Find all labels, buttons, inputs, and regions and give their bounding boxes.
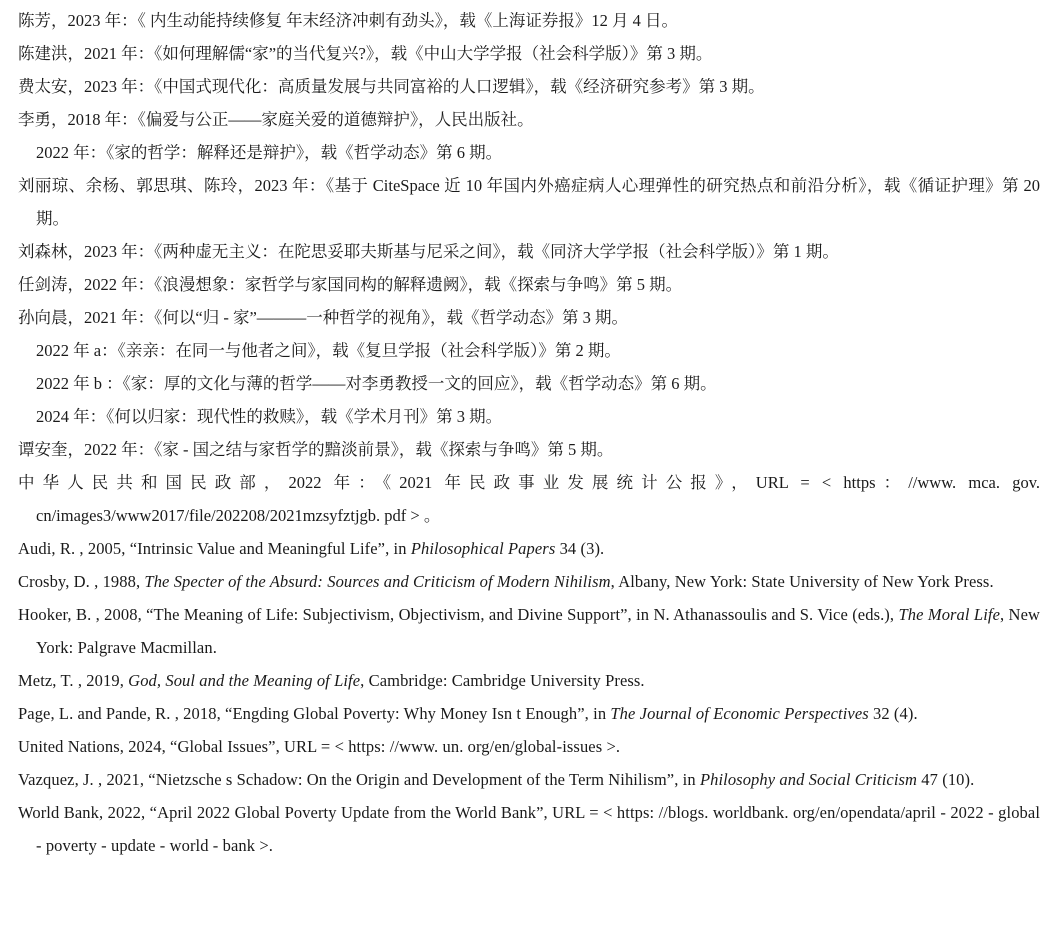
- reference-text: 刘森林，2023 年：《两种虚无主义：在陀思妥耶夫斯基与尼采之间》，载《同济大学…: [18, 242, 839, 261]
- reference-entry: Crosby, D. , 1988, The Specter of the Ab…: [18, 565, 1040, 598]
- reference-entry: Vazquez, J. , 2021, “Nietzsche s Schadow…: [18, 763, 1040, 796]
- reference-text: 任剑涛，2022 年：《浪漫想象：家哲学与家国同构的解释遗阙》，载《探索与争鸣》…: [18, 275, 682, 294]
- reference-entry-continuation: 2024 年：《何以归家：现代性的救赎》，载《学术月刊》第 3 期。: [18, 400, 1040, 433]
- reference-entry-continuation: 2022 年：《家的哲学：解释还是辩护》，载《哲学动态》第 6 期。: [18, 136, 1040, 169]
- reference-text: 34 (3).: [555, 539, 604, 558]
- reference-text: 2024 年：《何以归家：现代性的救赎》，载《学术月刊》第 3 期。: [36, 407, 502, 426]
- reference-entry: 任剑涛，2022 年：《浪漫想象：家哲学与家国同构的解释遗阙》，载《探索与争鸣》…: [18, 268, 1040, 301]
- reference-text: Metz, T. , 2019,: [18, 671, 128, 690]
- reference-text: 刘丽琼、余杨、郭思琪、陈玲，2023 年：《基于 CiteSpace 近 10 …: [18, 176, 1040, 228]
- reference-text: United Nations, 2024, “Global Issues”, U…: [18, 737, 620, 756]
- reference-entry: 刘丽琼、余杨、郭思琪、陈玲，2023 年：《基于 CiteSpace 近 10 …: [18, 169, 1040, 235]
- reference-entry: 陈建洪，2021 年：《如何理解儒“家”的当代复兴?》，载《中山大学学报（社会科…: [18, 37, 1040, 70]
- reference-text: 2022 年 a：《亲亲：在同一与他者之间》，载《复旦学报（社会科学版）》第 2…: [36, 341, 621, 360]
- reference-text: , Albany, New York: State University of …: [611, 572, 994, 591]
- reference-title-italic: Philosophy and Social Criticism: [700, 770, 917, 789]
- reference-text: Hooker, B. , 2008, “The Meaning of Life:…: [18, 605, 898, 624]
- reference-text: 陈芳，2023 年：《 内生动能持续修复 年末经济冲刺有劲头》，载《上海证券报》…: [18, 11, 678, 30]
- reference-entry: 孙向晨，2021 年：《何以“归 - 家”———一种哲学的视角》，载《哲学动态》…: [18, 301, 1040, 334]
- reference-text: 中华人民共和国民政部，2022 年：《2021 年民政事业发展统计公报》，URL…: [18, 473, 1040, 525]
- reference-text: Page, L. and Pande, R. , 2018, “Engding …: [18, 704, 610, 723]
- reference-text: 李勇，2018 年：《偏爱与公正——家庭关爱的道德辩护》，人民出版社。: [18, 110, 534, 129]
- reference-text: Audi, R. , 2005, “Intrinsic Value and Me…: [18, 539, 411, 558]
- reference-text: Crosby, D. , 1988,: [18, 572, 144, 591]
- reference-entry: 刘森林，2023 年：《两种虚无主义：在陀思妥耶夫斯基与尼采之间》，载《同济大学…: [18, 235, 1040, 268]
- reference-entry: United Nations, 2024, “Global Issues”, U…: [18, 730, 1040, 763]
- reference-entry: 费太安，2023 年：《中国式现代化：高质量发展与共同富裕的人口逻辑》，载《经济…: [18, 70, 1040, 103]
- reference-text: , Cambridge: Cambridge University Press.: [360, 671, 644, 690]
- reference-text: 孙向晨，2021 年：《何以“归 - 家”———一种哲学的视角》，载《哲学动态》…: [18, 308, 628, 327]
- reference-title-italic: The Moral Life: [898, 605, 1000, 624]
- reference-entry-continuation: 2022 年 b ：《家：厚的文化与薄的哲学——对李勇教授一文的回应》，载《哲学…: [18, 367, 1040, 400]
- reference-text: 2022 年：《家的哲学：解释还是辩护》，载《哲学动态》第 6 期。: [36, 143, 502, 162]
- reference-text: World Bank, 2022, “April 2022 Global Pov…: [18, 803, 1040, 855]
- reference-text: 费太安，2023 年：《中国式现代化：高质量发展与共同富裕的人口逻辑》，载《经济…: [18, 77, 765, 96]
- reference-entry: World Bank, 2022, “April 2022 Global Pov…: [18, 796, 1040, 862]
- reference-entry: 李勇，2018 年：《偏爱与公正——家庭关爱的道德辩护》，人民出版社。: [18, 103, 1040, 136]
- reference-title-italic: Philosophical Papers: [411, 539, 556, 558]
- reference-entry: Audi, R. , 2005, “Intrinsic Value and Me…: [18, 532, 1040, 565]
- reference-list: 陈芳，2023 年：《 内生动能持续修复 年末经济冲刺有劲头》，载《上海证券报》…: [18, 4, 1040, 862]
- reference-title-italic: The Journal of Economic Perspectives: [610, 704, 868, 723]
- reference-entry: Page, L. and Pande, R. , 2018, “Engding …: [18, 697, 1040, 730]
- reference-text: Vazquez, J. , 2021, “Nietzsche s Schadow…: [18, 770, 700, 789]
- reference-text: 谭安奎，2022 年：《家 - 国之结与家哲学的黯淡前景》，载《探索与争鸣》第 …: [18, 440, 613, 459]
- reference-text: 47 (10).: [917, 770, 974, 789]
- reference-text: 陈建洪，2021 年：《如何理解儒“家”的当代复兴?》，载《中山大学学报（社会科…: [18, 44, 712, 63]
- reference-entry: 谭安奎，2022 年：《家 - 国之结与家哲学的黯淡前景》，载《探索与争鸣》第 …: [18, 433, 1040, 466]
- reference-text: 32 (4).: [869, 704, 918, 723]
- reference-entry: 陈芳，2023 年：《 内生动能持续修复 年末经济冲刺有劲头》，载《上海证券报》…: [18, 4, 1040, 37]
- reference-entry: Hooker, B. , 2008, “The Meaning of Life:…: [18, 598, 1040, 664]
- reference-entry-continuation: 2022 年 a：《亲亲：在同一与他者之间》，载《复旦学报（社会科学版）》第 2…: [18, 334, 1040, 367]
- reference-text: 2022 年 b ：《家：厚的文化与薄的哲学——对李勇教授一文的回应》，载《哲学…: [36, 374, 717, 393]
- reference-entry: Metz, T. , 2019, God, Soul and the Meani…: [18, 664, 1040, 697]
- reference-title-italic: The Specter of the Absurd: Sources and C…: [144, 572, 610, 591]
- reference-title-italic: God, Soul and the Meaning of Life: [128, 671, 360, 690]
- reference-entry: 中华人民共和国民政部，2022 年：《2021 年民政事业发展统计公报》，URL…: [18, 466, 1040, 532]
